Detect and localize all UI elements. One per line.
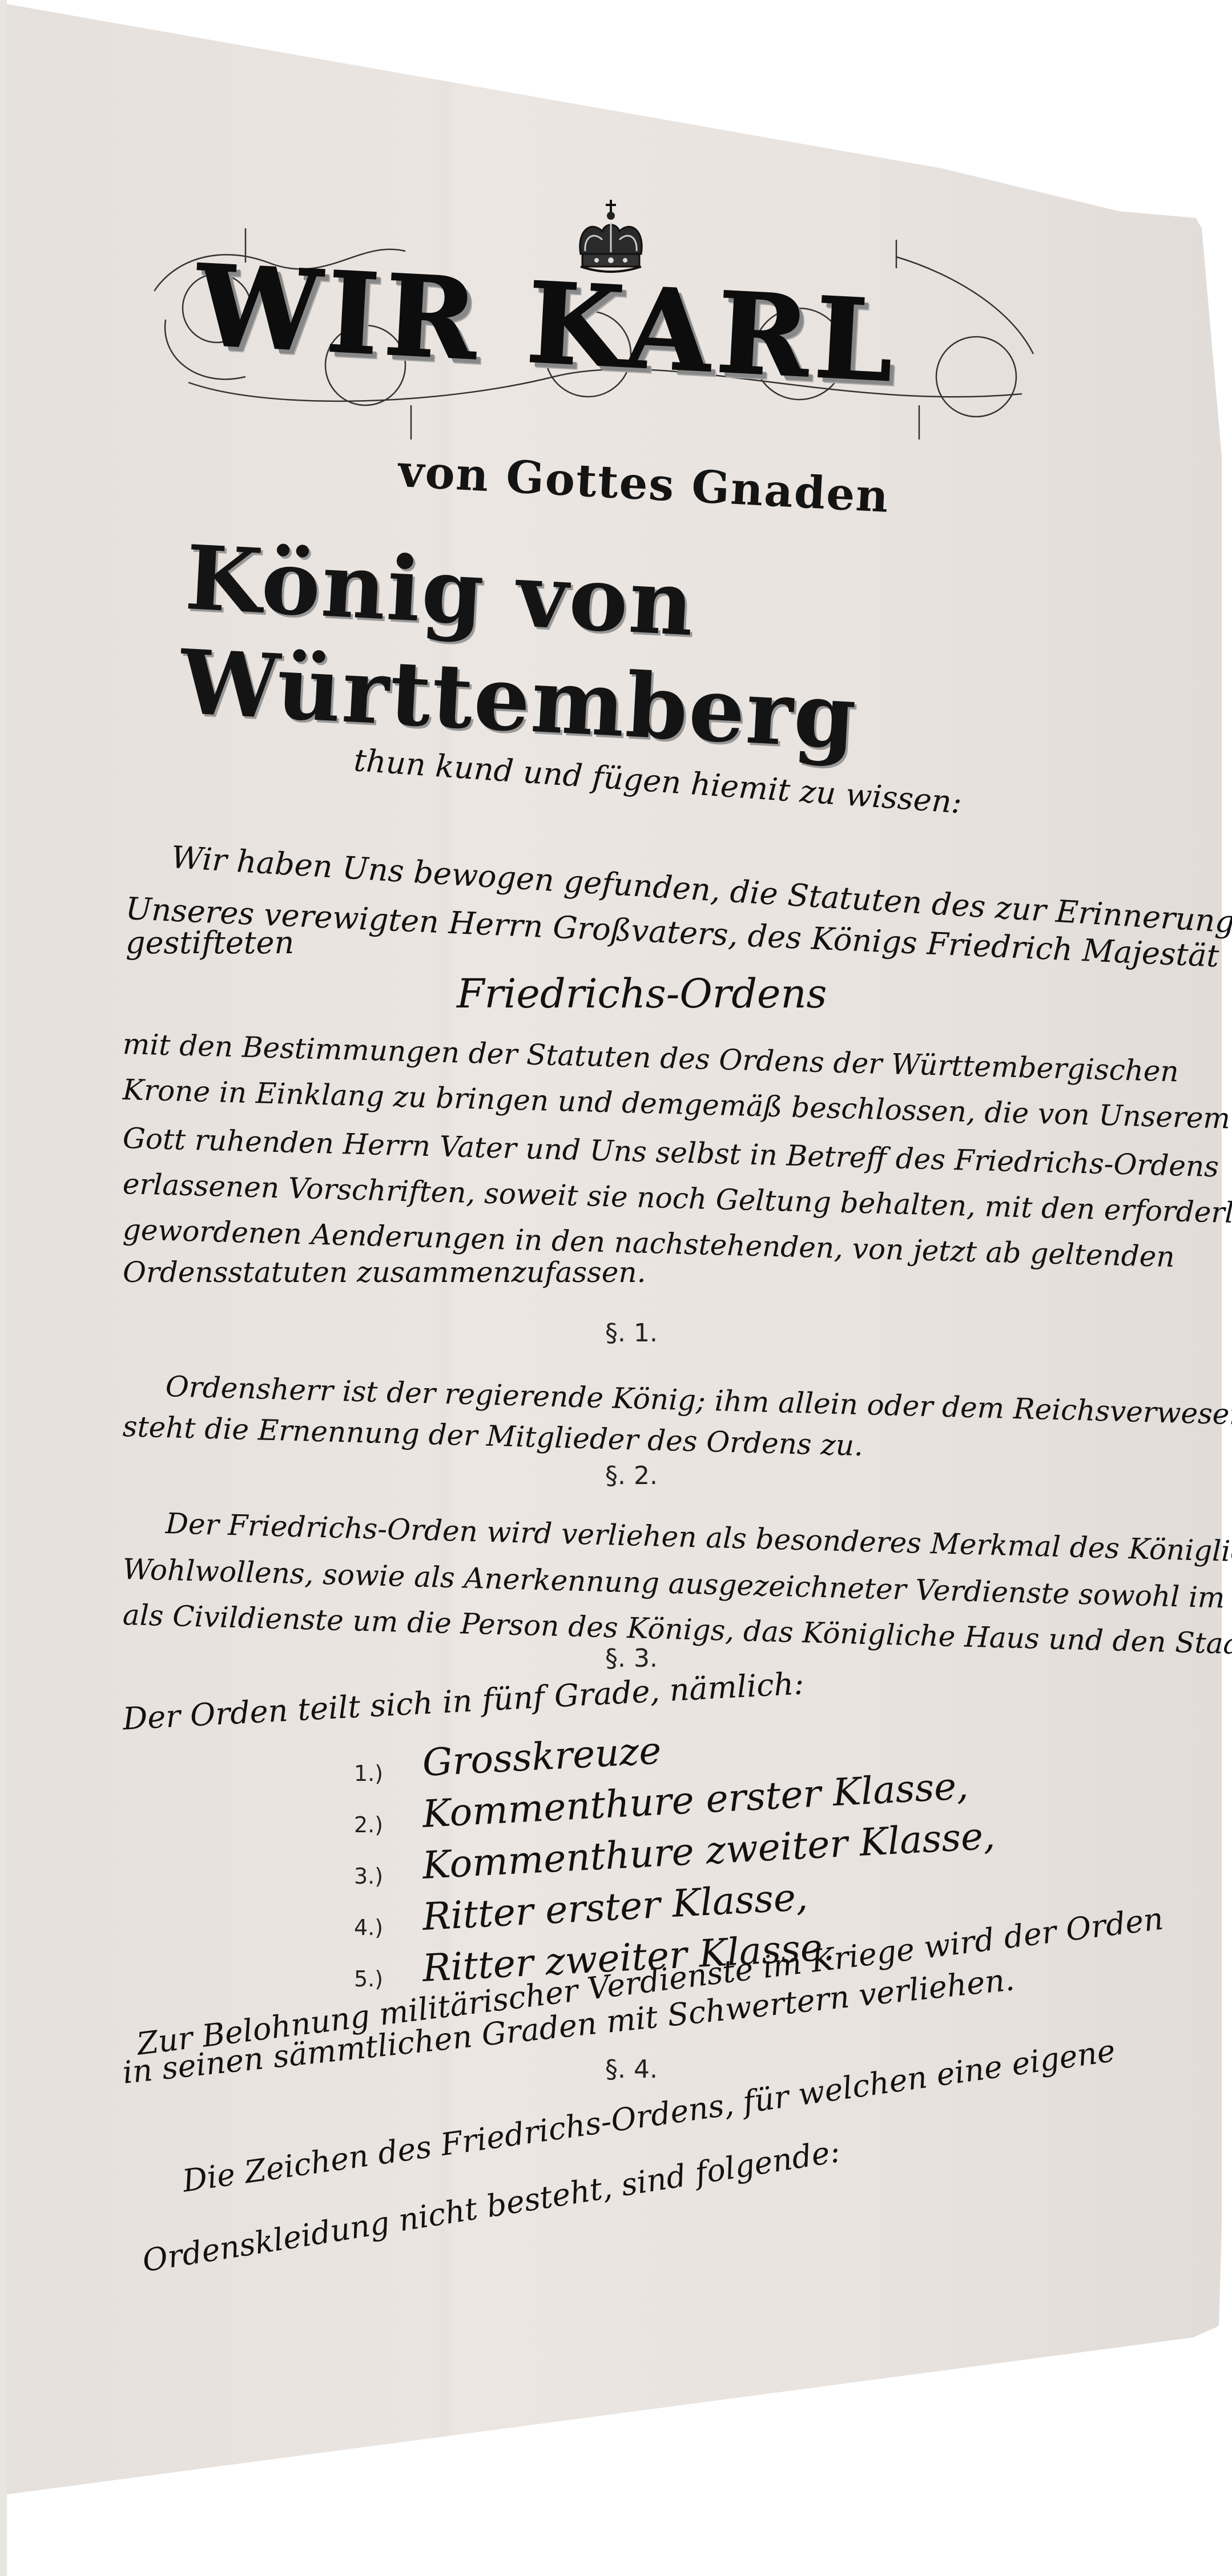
king-title: König von Württemberg — [178, 525, 1231, 788]
preamble-continuation-line: Ordensstatuten zusammenzufassen. — [123, 1256, 646, 1289]
decree-subtitle: von Gottes Gnaden — [397, 445, 891, 523]
section-mark-4: §. 4. — [605, 2055, 658, 2084]
grade-number: 2.) — [354, 1812, 383, 1837]
document-page: WIR KARL von Gottes Gnaden König von Wür… — [0, 0, 1232, 2576]
grade-number: 3.) — [354, 1864, 383, 1889]
section-mark-3: §. 3. — [605, 1644, 658, 1673]
section-3-intro: Der Orden teilt sich in fünf Grade, näml… — [122, 1666, 805, 1737]
grade-number: 1.) — [354, 1761, 383, 1786]
preamble-line: gestifteten — [126, 925, 294, 961]
grade-number: 4.) — [354, 1915, 383, 1940]
order-name-heading: Friedrichs-Ordens — [457, 970, 827, 1017]
section-mark-2: §. 2. — [605, 1461, 658, 1490]
section-mark-1: §. 1. — [605, 1319, 658, 1348]
grade-label: Grosskreuze — [421, 1728, 662, 1785]
grade-number: 5.) — [354, 1966, 383, 1992]
